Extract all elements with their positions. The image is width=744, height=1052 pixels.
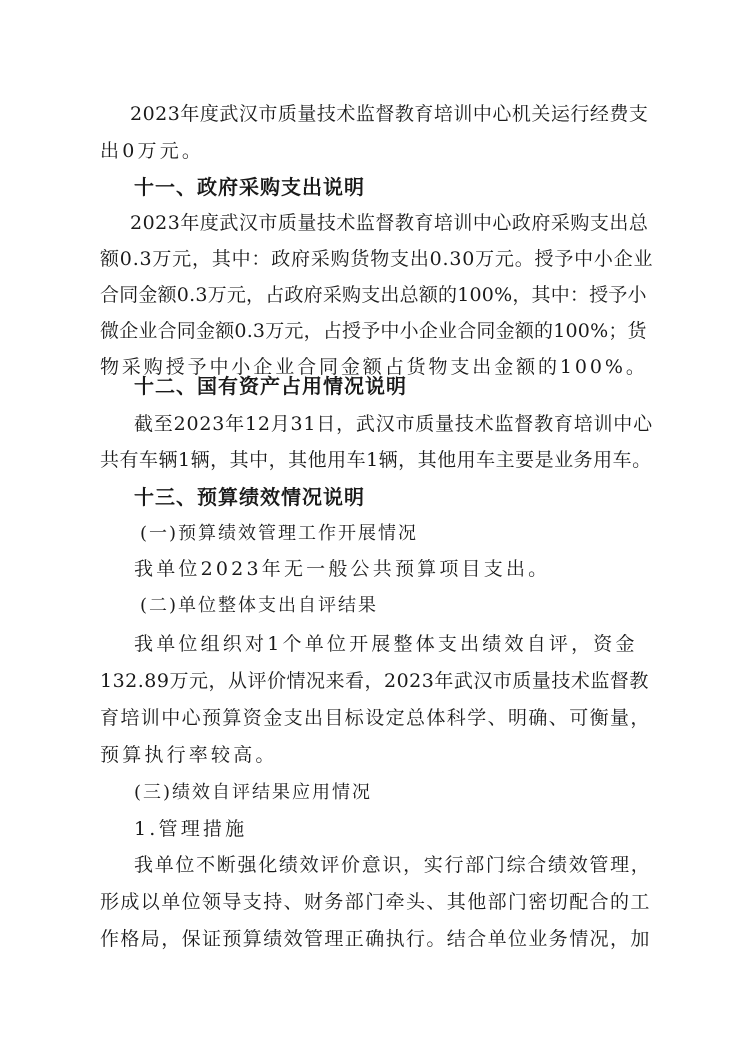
paragraph-line: 共有车辆1辆，其中，其他用车1辆，其他用车主要是业务用车。: [100, 446, 652, 474]
paragraph-line: 出0万元。: [100, 137, 204, 165]
paragraph-line: 作格局，保证预算绩效管理正确执行。结合单位业务情况，加: [100, 925, 651, 953]
paragraph-line: 微企业合同金额0.3万元，占授予中小企业合同金额的100%；货: [100, 317, 647, 345]
subsection-heading: (三)绩效自评结果应用情况: [134, 779, 372, 807]
paragraph-line: 2023年度武汉市质量技术监督教育培训中心政府采购支出总: [130, 209, 648, 237]
section-heading: 十三、预算绩效情况说明: [134, 483, 365, 511]
paragraph-line: 预算执行率较高。: [100, 741, 278, 769]
section-heading: 十二、国有资产占用情况说明: [134, 372, 407, 400]
subsection-heading: (一)预算绩效管理工作开展情况: [140, 520, 418, 548]
paragraph-line: 我单位2023年无一般公共预算项目支出。: [134, 555, 550, 583]
paragraph-line: 132.89万元，从评价情况来看，2023年武汉市质量技术监督教: [100, 667, 649, 695]
paragraph-line: 合同金额0.3万元，占政府采购支出总额的100%，其中：授予小: [100, 281, 647, 309]
section-heading: 十一、政府采购支出说明: [134, 173, 365, 201]
paragraph-line: 形成以单位领导支持、财务部门牵头、其他部门密切配合的工: [100, 888, 651, 916]
paragraph-line: 我单位不断强化绩效评价意识，实行部门综合绩效管理，: [134, 851, 652, 879]
paragraph-line: 额0.3万元，其中：政府采购货物支出0.30万元。授予中小企业: [100, 245, 653, 273]
paragraph-line: 育培训中心预算资金支出目标设定总体科学、明确、可衡量，: [100, 704, 651, 732]
paragraph-line: 2023年度武汉市质量技术监督教育培训中心机关运行经费支: [130, 100, 648, 128]
paragraph-line: 1.管理措施: [134, 815, 247, 843]
paragraph-line: 截至2023年12月31日，武汉市质量技术监督教育培训中心: [134, 410, 653, 438]
paragraph-line: 我单位组织对1个单位开展整体支出绩效自评，资金: [134, 630, 638, 658]
subsection-heading: (二)单位整体支出自评结果: [140, 592, 378, 620]
